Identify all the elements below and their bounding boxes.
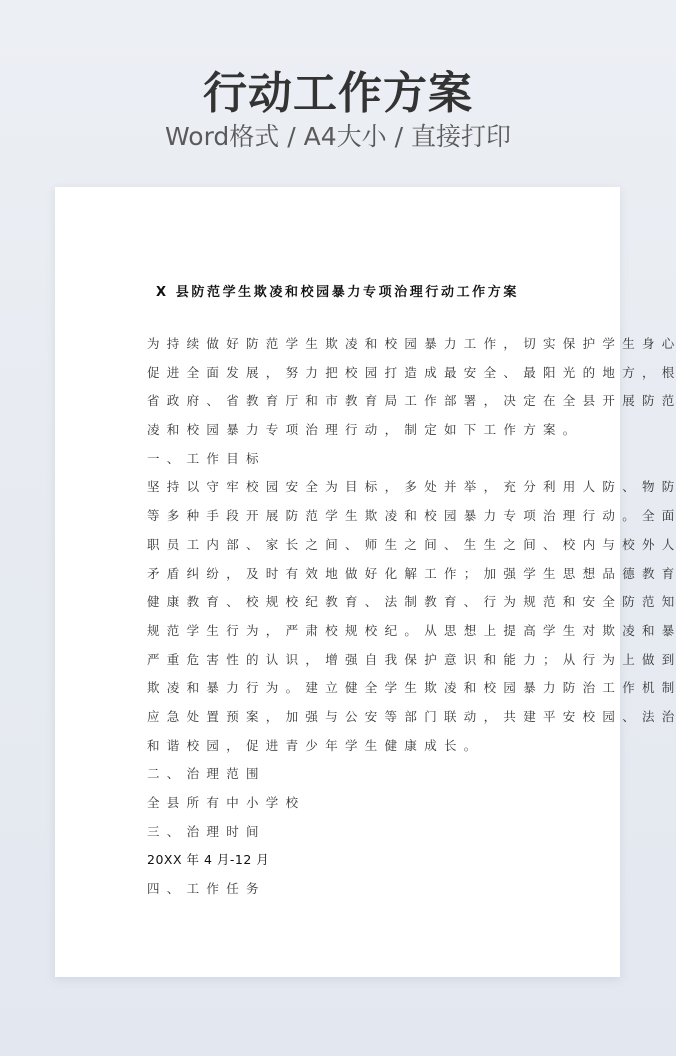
section-heading-goals: 一、工作目标 bbox=[147, 445, 533, 474]
intro-paragraph-line: 为持续做好防范学生欺凌和校园暴力工作，切实保护学生身心健康， bbox=[147, 330, 533, 359]
intro-paragraph-line: 促进全面发展，努力把校园打造成最安全、最阳光的地方，根据省委、 bbox=[147, 359, 533, 388]
document-page: X 县防范学生欺凌和校园暴力专项治理行动工作方案 为持续做好防范学生欺凌和校园暴… bbox=[55, 187, 620, 977]
goals-paragraph-line: 健康教育、校规校纪教育、法制教育、行为规范和安全防范知识教育， bbox=[147, 588, 533, 617]
section-heading-scope: 二、治理范围 bbox=[147, 760, 533, 789]
goals-paragraph-line: 严重危害性的认识，增强自我保护意识和能力；从行为上做到不实施 bbox=[147, 646, 533, 675]
goals-paragraph-line: 规范学生行为，严肃校规校纪。从思想上提高学生对欺凌和暴力行为 bbox=[147, 617, 533, 646]
goals-paragraph-line: 应急处置预案，加强与公安等部门联动，共建平安校园、法治校园、 bbox=[147, 703, 533, 732]
section-heading-time: 三、治理时间 bbox=[147, 818, 533, 847]
goals-paragraph-line: 欺凌和暴力行为。建立健全学生欺凌和校园暴力防治工作机制，完善 bbox=[147, 674, 533, 703]
document-body: 为持续做好防范学生欺凌和校园暴力工作，切实保护学生身心健康， 促进全面发展，努力… bbox=[147, 330, 533, 904]
goals-paragraph-line: 等多种手段开展防范学生欺凌和校园暴力专项治理行动。全面摸排教 bbox=[147, 502, 533, 531]
time-value: 20XX 年 4 月-12 月 bbox=[147, 846, 533, 875]
intro-paragraph-line: 省政府、省教育厅和市教育局工作部署，决定在全县开展防范学生欺 bbox=[147, 387, 533, 416]
goals-paragraph-line: 职员工内部、家长之间、师生之间、生生之间、校内与校外人员之间 bbox=[147, 531, 533, 560]
goals-paragraph-line: 坚持以守牢校园安全为目标，多处并举，充分利用人防、物防、技防 bbox=[147, 473, 533, 502]
goals-paragraph-line: 和谐校园，促进青少年学生健康成长。 bbox=[147, 732, 533, 761]
scope-value: 全县所有中小学校 bbox=[147, 789, 533, 818]
section-heading-tasks: 四、工作任务 bbox=[147, 875, 533, 904]
intro-paragraph-line: 凌和校园暴力专项治理行动，制定如下工作方案。 bbox=[147, 416, 533, 445]
document-title: X 县防范学生欺凌和校园暴力专项治理行动工作方案 bbox=[55, 283, 620, 303]
goals-paragraph-line: 矛盾纠纷，及时有效地做好化解工作；加强学生思想品德教育、心理 bbox=[147, 560, 533, 589]
hero-subtitle: Word格式 / A4大小 / 直接打印 bbox=[0, 120, 676, 154]
hero-title: 行动工作方案 bbox=[0, 66, 676, 122]
